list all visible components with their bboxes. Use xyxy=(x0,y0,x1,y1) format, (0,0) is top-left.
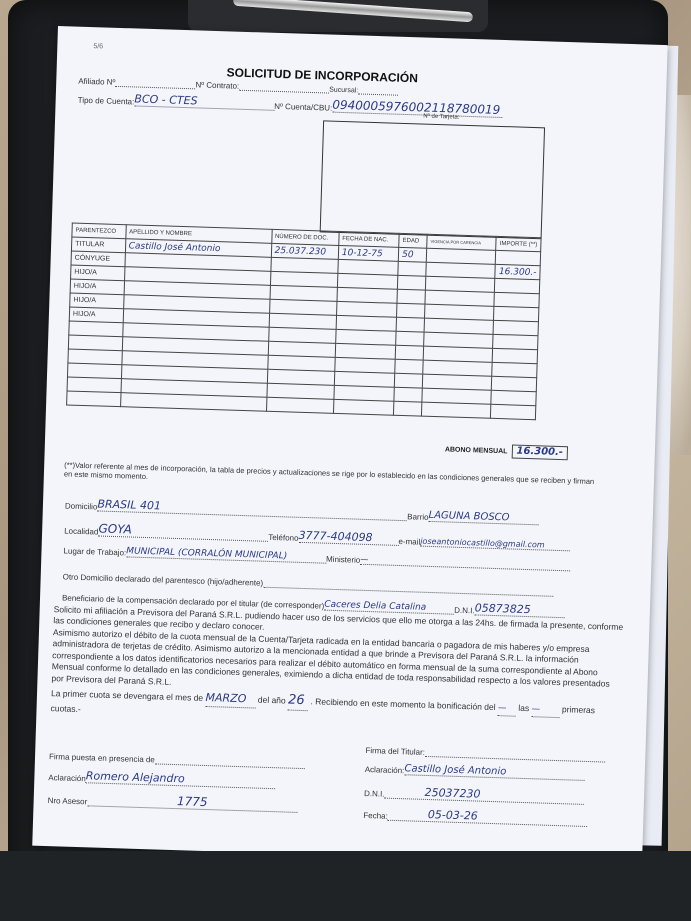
titular-signature-label: Firma del Titular: xyxy=(365,746,425,757)
cell-edad[interactable] xyxy=(394,373,422,388)
cell-edad[interactable] xyxy=(394,401,422,416)
cuenta-label: Nº Cuenta/CBU: xyxy=(274,102,332,113)
aclaracion-right-row: Aclaración: Castillo José Antonio xyxy=(365,762,585,781)
telefono-label: Teléfono xyxy=(268,533,299,543)
bonificacion-label: . Recibiendo en este momento la bonifica… xyxy=(310,697,495,713)
cell-edad[interactable] xyxy=(398,261,426,276)
beneficiario-dni-field[interactable]: 05873825 xyxy=(475,601,565,618)
members-table: PARENTEZCO APELLIDO Y NOMBRE NÚMERO DE D… xyxy=(66,223,542,421)
fecha-field[interactable]: 05-03-26 xyxy=(388,807,588,827)
titular-signature-row: Firma del Titular: xyxy=(365,742,605,763)
cell-edad[interactable]: 50 xyxy=(398,247,426,262)
email-label: e-mail xyxy=(398,537,420,547)
cell-edad[interactable] xyxy=(395,345,423,360)
col-edad: EDAD xyxy=(399,233,427,248)
domicilio-field[interactable]: BRASIL 401 xyxy=(97,497,407,521)
trabajo-field[interactable]: MUNICIPAL (CORRALÓN MUNICIPAL) xyxy=(126,546,326,563)
dni-field[interactable]: 25037230 xyxy=(384,785,584,805)
legal-text: Solicito mi afiliación a Previsora del P… xyxy=(50,604,623,732)
cell-edad[interactable] xyxy=(396,331,424,346)
localidad-label: Localidad xyxy=(64,526,99,536)
abono-value[interactable]: 16.300.- xyxy=(511,444,568,460)
cell-parentesco xyxy=(67,391,121,407)
cell-importe[interactable] xyxy=(492,376,537,391)
fecha-label: Fecha: xyxy=(363,811,388,821)
aclaracion-left-label: Aclaración xyxy=(48,773,86,783)
sucursal-label: Sucursal: xyxy=(329,87,358,95)
cell-doc[interactable] xyxy=(266,397,334,413)
cell-edad[interactable] xyxy=(396,317,424,332)
afiliado-field[interactable] xyxy=(115,86,195,90)
cell-importe[interactable] xyxy=(494,306,539,321)
fecha-row: Fecha: 05-03-26 xyxy=(363,806,588,827)
abono-label: ABONO MENSUAL xyxy=(445,446,508,455)
footnote: (**)Valor referente al mes de incorporac… xyxy=(64,460,604,496)
cell-importe[interactable] xyxy=(493,348,538,363)
anio-field[interactable]: 26 xyxy=(288,692,309,711)
form-page: 5/6 SOLICITUD DE INCORPORACIÓN Afiliado … xyxy=(32,26,667,865)
cell-importe[interactable] xyxy=(495,278,540,293)
cuenta-field[interactable]: 0940005976002118780019 xyxy=(332,98,502,118)
anio-label: del año xyxy=(258,695,286,706)
cell-edad[interactable] xyxy=(395,359,423,374)
tarjeta-row: Nº de Tarjeta: xyxy=(423,114,459,121)
contrato-field[interactable] xyxy=(239,90,329,94)
tarjeta-label: Nº de Tarjeta: xyxy=(423,114,459,121)
localidad-field[interactable]: GOYA xyxy=(98,522,268,542)
cell-nac[interactable] xyxy=(333,399,394,415)
bonificacion-del-field[interactable]: — xyxy=(498,703,516,716)
cell-importe[interactable] xyxy=(491,404,536,419)
dni-label: D.N.I. xyxy=(364,789,385,799)
afiliado-label: Afiliado Nº xyxy=(78,77,115,87)
cell-importe[interactable] xyxy=(493,320,538,335)
first-quota-label: La primer cuota se devengara el mes de xyxy=(51,688,203,703)
presencia-signature[interactable] xyxy=(155,751,305,769)
telefono-field[interactable]: 3777-404098 xyxy=(298,529,398,546)
tarjeta-box[interactable] xyxy=(320,120,545,239)
col-importe: IMPORTE (**) xyxy=(496,236,541,251)
aclaracion-left-row: Aclaración Romero Alejandro xyxy=(48,768,276,789)
contrato-label: Nº Contrato: xyxy=(195,80,239,90)
cell-importe[interactable]: 16.300.- xyxy=(495,264,540,279)
trabajo-label: Lugar de Trabajo: xyxy=(63,546,126,557)
aclaracion-left-field[interactable]: Romero Alejandro xyxy=(86,769,276,789)
domicilio-row: Domicilio BRASIL 401 Barrio LAGUNA BOSCO xyxy=(65,496,539,525)
ministerio-label: Ministerio xyxy=(326,555,361,565)
abono-mensual: ABONO MENSUAL 16.300.- xyxy=(445,442,569,460)
domicilio-label: Domicilio xyxy=(65,501,98,511)
cell-edad[interactable] xyxy=(398,275,426,290)
cell-vigencia[interactable] xyxy=(422,402,492,418)
cell-edad[interactable] xyxy=(397,289,425,304)
cell-importe[interactable] xyxy=(494,292,539,307)
clipboard-base xyxy=(0,851,691,921)
page-number: 5/6 xyxy=(93,43,103,52)
cell-importe[interactable] xyxy=(491,390,536,405)
ministerio-field[interactable]: — xyxy=(360,555,570,572)
aclaracion-right-field[interactable]: Castillo José Antonio xyxy=(404,763,584,781)
presencia-label: Firma puesta en presencia de xyxy=(49,752,155,764)
tipo-cuenta-field[interactable]: BCO - CTES xyxy=(134,92,274,110)
beneficiario-dni-label: D.N.I. xyxy=(454,606,475,616)
cell-edad[interactable] xyxy=(394,387,422,402)
barrio-label: Barrio xyxy=(407,512,429,522)
asesor-field[interactable]: 1775 xyxy=(87,791,297,813)
bonificacion-las-label: las xyxy=(518,703,529,713)
aclaracion-right-label: Aclaración: xyxy=(365,765,405,775)
otro-domicilio-label: Otro Domicilio declarado del parentesco … xyxy=(63,572,264,587)
tipo-cuenta-label: Tipo de Cuenta: xyxy=(78,96,135,107)
cell-importe[interactable] xyxy=(496,250,541,265)
cell-edad[interactable] xyxy=(397,303,425,318)
cell-importe[interactable] xyxy=(492,362,537,377)
asesor-row: Nro Asesor 1775 xyxy=(48,790,298,813)
mes-field[interactable]: MARZO xyxy=(205,691,255,708)
asesor-label: Nro Asesor xyxy=(48,796,88,806)
sucursal-field[interactable] xyxy=(358,93,398,95)
email-field[interactable]: joseantoniocastillo@gmail.com xyxy=(420,537,570,552)
barrio-field[interactable]: LAGUNA BOSCO xyxy=(428,510,538,525)
dni-row: D.N.I. 25037230 xyxy=(364,784,585,805)
bonificacion-las-field[interactable]: — xyxy=(531,704,559,717)
presencia-row: Firma puesta en presencia de xyxy=(49,748,305,769)
titular-signature[interactable] xyxy=(425,744,605,763)
cell-importe[interactable] xyxy=(493,334,538,349)
